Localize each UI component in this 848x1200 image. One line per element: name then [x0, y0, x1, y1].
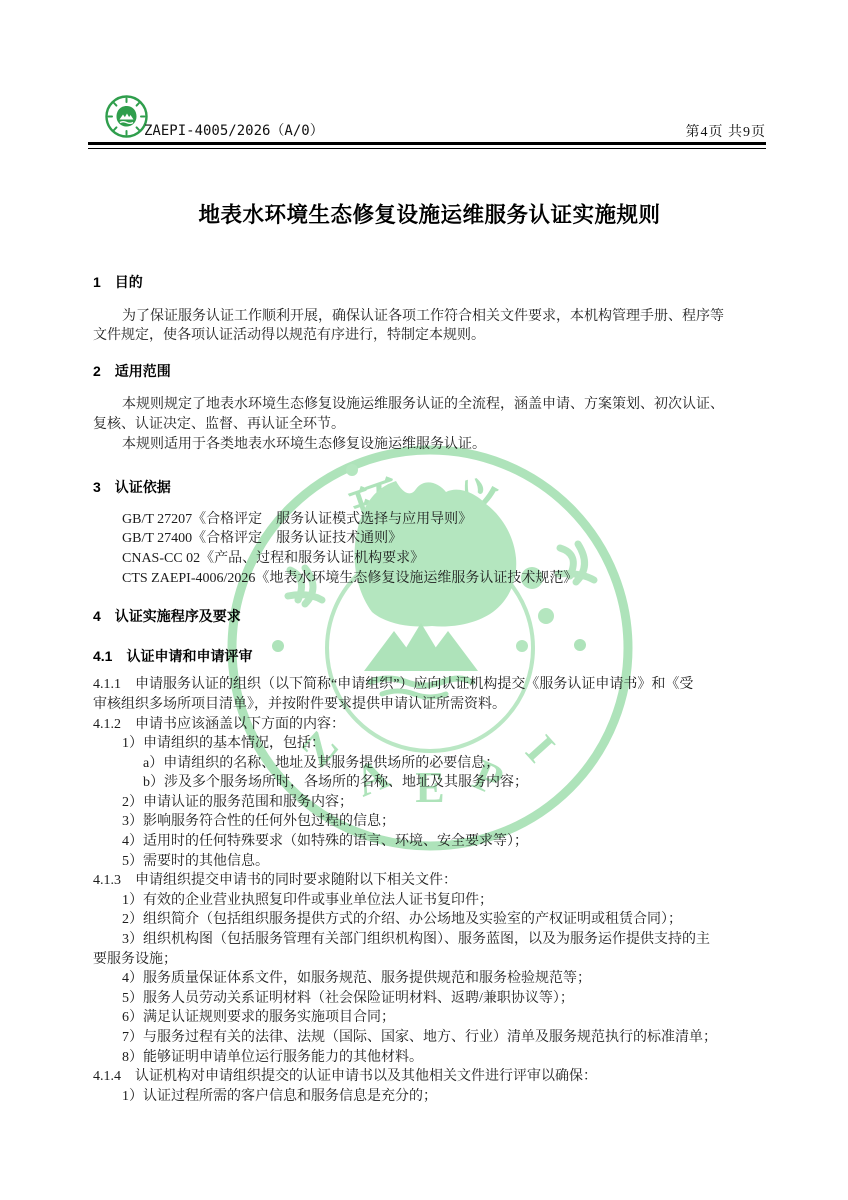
doc-line: 文件规定，使各项认证活动得以规范有序进行，特制定本规则。 [93, 326, 769, 346]
doc-line: 4.1.1 申请服务认证的组织（以下简称“申请组织”）应向认证机构提交《服务认证… [93, 675, 769, 695]
doc-line: 4）适用时的任何特殊要求（如特殊的语言、环境、安全要求等）； [93, 832, 769, 852]
doc-line: CNAS-CC 02《产品、过程和服务认证机构要求》 [93, 549, 769, 569]
document-page: 环 义 Z A E P I [0, 0, 848, 1200]
header-rule-bottom [88, 148, 766, 149]
doc-line: 本规则适用于各类地表水环境生态修复设施运维服务认证。 [93, 435, 769, 455]
doc-line: 本规则规定了地表水环境生态修复设施运维服务认证的全流程，涵盖申请、方案策划、初次… [93, 395, 769, 415]
doc-line: 1）有效的企业营业执照复印件或事业单位法人证书复印件； [93, 891, 769, 911]
doc-line: 6）满足认证规则要求的服务实施项目合同； [93, 1008, 769, 1028]
doc-line: 3）组织机构图（包括服务管理有关部门组织机构图）、服务蓝图，以及为服务运作提供支… [93, 930, 769, 950]
doc-line: GB/T 27207《合格评定 服务认证模式选择与应用导则》 [93, 510, 769, 530]
document-title: 地表水环境生态修复设施运维服务认证实施规则 [93, 198, 766, 229]
doc-line: 7）与服务过程有关的法律、法规（国际、国家、地方、行业）清单及服务规范执行的标准… [93, 1028, 769, 1048]
doc-line: 3）影响服务符合性的任何外包过程的信息； [93, 812, 769, 832]
doc-line: 2）申请认证的服务范围和服务内容； [93, 793, 769, 813]
doc-line: 1）申请组织的基本情况，包括： [93, 734, 769, 754]
doc-line: 5）需要时的其他信息。 [93, 852, 769, 872]
doc-line: 4.1.3 申请组织提交申请书的同时要求随附以下相关文件： [93, 871, 769, 891]
doc-line: 为了保证服务认证工作顺利开展，确保认证各项工作符合相关文件要求，本机构管理手册、… [93, 307, 769, 327]
page-number: 第4页 共9页 [686, 121, 767, 141]
section-heading: 4 认证实施程序及要求 [93, 607, 769, 627]
doc-line: b）涉及多个服务场所时，各场所的名称、地址及其服务内容； [93, 773, 769, 793]
document-body: 1 目的为了保证服务认证工作顺利开展，确保认证各项工作符合相关文件要求，本机构管… [93, 273, 769, 1106]
doc-line: a）申请组织的名称、地址及其服务提供场所的必要信息； [93, 754, 769, 774]
section-heading: 4.1 认证申请和申请评审 [93, 647, 769, 667]
header-rule-top [88, 142, 766, 145]
section-heading: 3 认证依据 [93, 478, 769, 498]
doc-line: 4.1.2 申请书应该涵盖以下方面的内容： [93, 715, 769, 735]
doc-line: 审核组织多场所项目清单》，并按附件要求提供申请认证所需资料。 [93, 695, 769, 715]
section-heading: 1 目的 [93, 273, 769, 293]
doc-line: 复核、认证决定、监督、再认证全环节。 [93, 415, 769, 435]
doc-line: 5）服务人员劳动关系证明材料（社会保险证明材料、返聘/兼职协议等）； [93, 989, 769, 1009]
document-code: ZAEPI-4005/2026（A/0） [144, 120, 324, 140]
doc-line: 2）组织简介（包括组织服务提供方式的介绍、办公场地及实验室的产权证明或租赁合同）… [93, 910, 769, 930]
doc-line: CTS ZAEPI-4006/2026《地表水环境生态修复设施运维服务认证技术规… [93, 569, 769, 589]
section-heading: 2 适用范围 [93, 362, 769, 382]
doc-line: GB/T 27400《合格评定 服务认证技术通则》 [93, 529, 769, 549]
doc-line: 4）服务质量保证体系文件，如服务规范、服务提供规范和服务检验规范等； [93, 969, 769, 989]
doc-line: 要服务设施； [93, 950, 769, 970]
org-logo-icon [104, 94, 149, 139]
doc-line: 8）能够证明申请单位运行服务能力的其他材料。 [93, 1048, 769, 1068]
doc-line: 4.1.4 认证机构对申请组织提交的认证申请书以及其他相关文件进行评审以确保： [93, 1067, 769, 1087]
doc-line: 1）认证过程所需的客户信息和服务信息是充分的； [93, 1087, 769, 1107]
